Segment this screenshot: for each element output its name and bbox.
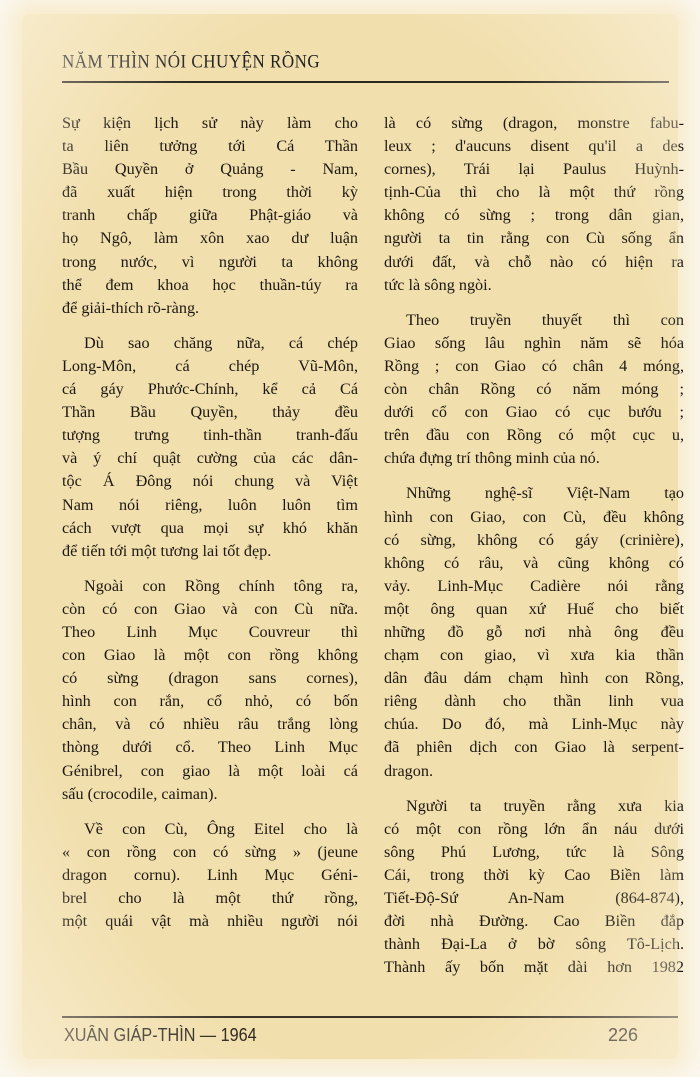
text-line: một ông quan xứ Huế cho biết — [384, 598, 684, 621]
footer-divider — [62, 1016, 678, 1018]
text-line: Rồng ; con Giao có chân 4 móng, — [384, 355, 684, 378]
text-line: là có sừng (dragon, monstre fabu- — [384, 112, 684, 135]
paragraph: Theo truyền thuyết thì conGiao sống lâu … — [384, 309, 684, 471]
text-line: dưới cổ con Giao có cục bướu ; — [384, 401, 684, 424]
paragraph: Ngoài con Rồng chính tông ra,còn có con … — [62, 575, 358, 806]
text-line: « con rồng con có sừng » (jeune — [62, 841, 358, 864]
text-line: cách vượt qua mọi sự khó khăn — [62, 517, 358, 540]
text-line: tranh chấp giữa Phật-giáo và — [62, 204, 358, 227]
text-line: dragon cornu). Linh Mục Géni- — [62, 864, 358, 887]
text-line: Ngoài con Rồng chính tông ra, — [62, 575, 358, 598]
text-line: trên đầu con Rồng có một cục u, — [384, 424, 684, 447]
text-line: tức là sông ngòi. — [384, 274, 684, 297]
text-line: còn có con Giao và con Cù nữa. — [62, 598, 358, 621]
text-line: Bầu Quyền ở Quảng - Nam, — [62, 158, 358, 181]
text-line: đã xuất hiện trong thời kỳ — [62, 181, 358, 204]
text-line: con Giao là một con rồng không — [62, 644, 358, 667]
page-number: 226 — [608, 1025, 638, 1046]
text-line: Sự kiện lịch sử này làm cho — [62, 112, 358, 135]
text-line: Génibrel, con giao là một loài cá — [62, 760, 358, 783]
text-line: riêng dành cho thần linh vua — [384, 690, 684, 713]
text-line: sấu (crocodile, caiman). — [62, 783, 358, 806]
text-line: có một con rồng lớn ẩn náu dưới — [384, 818, 684, 841]
text-line: có sừng, không có gáy (crinière), — [384, 529, 684, 552]
text-line: Giao sống lâu nghìn năm sẽ hóa — [384, 332, 684, 355]
text-line: cá gáy Phước-Chính, kể cả Cá — [62, 378, 358, 401]
header-divider — [62, 81, 669, 83]
text-line: đã phiên dịch con Giao là serpent- — [384, 736, 684, 759]
text-line: một quái vật mà nhiều người nói — [62, 910, 358, 933]
paragraph: Về con Cù, Ông Eitel cho là« con rồng co… — [62, 818, 358, 933]
text-line: chứa đựng trí thông minh của nó. — [384, 447, 684, 470]
text-line: không có sừng ; trong dân gian, — [384, 204, 684, 227]
text-line: trong nước, vì người ta không — [62, 251, 358, 274]
text-line: Về con Cù, Ông Eitel cho là — [62, 818, 358, 841]
text-line: thành Đại-La ở bờ sông Tô-Lịch. — [384, 933, 684, 956]
text-line: tộc Á Đông nói chung và Việt — [62, 470, 358, 493]
text-line: và ý chí quật cường của các dân- — [62, 447, 358, 470]
text-line: những đồ gỗ nơi nhà ông đều — [384, 621, 684, 644]
footer-issue: XUÂN GIÁP-THÌN — 1964 — [64, 1025, 257, 1046]
text-line: Tiết-Độ-Sứ An-Nam (864-874), — [384, 887, 684, 910]
text-line: vảy. Linh-Mục Cadière nói rằng — [384, 575, 684, 598]
text-line: hình con Giao, con Cù, đều không — [384, 506, 684, 529]
text-line: Thần Bầu Quyền, thảy đều — [62, 401, 358, 424]
text-line: hình con rắn, cổ nhỏ, có bốn — [62, 690, 358, 713]
text-line: dân đâu dám chạm hình con Rồng, — [384, 667, 684, 690]
paragraph: Người ta truyền rằng xưa kiacó một con r… — [384, 795, 684, 980]
text-line: Những nghệ-sĩ Việt-Nam tạo — [384, 482, 684, 505]
running-header-title: NĂM THÌN NÓI CHUYỆN RỒNG — [62, 51, 320, 73]
left-column: Sự kiện lịch sử này làm chota liên tưởng… — [62, 112, 358, 945]
text-line: Cái, trong thời kỳ Cao Biền làm — [384, 864, 684, 887]
paragraph: Dù sao chăng nữa, cá chépLong-Môn, cá ch… — [62, 332, 358, 563]
text-line: ta liên tưởng tới Cá Thần — [62, 135, 358, 158]
text-line: tượng trưng tinh-thần tranh-đấu — [62, 424, 358, 447]
text-line: không có râu, và cũng không có — [384, 552, 684, 575]
text-line: người ta tin rằng con Cù sống ẩn — [384, 227, 684, 250]
text-line: dragon. — [384, 760, 684, 783]
text-line: Thành ấy bốn mặt dài hơn 1982 — [384, 956, 684, 979]
text-line: sông Phú Lương, tức là Sông — [384, 841, 684, 864]
text-line: chân, và có nhiều râu trắng lòng — [62, 713, 358, 736]
text-line: Theo truyền thuyết thì con — [384, 309, 684, 332]
text-line: Dù sao chăng nữa, cá chép — [62, 332, 358, 355]
text-line: Long-Môn, cá chép Vũ-Môn, — [62, 355, 358, 378]
paragraph: là có sừng (dragon, monstre fabu-leux ; … — [384, 112, 684, 297]
text-line: Nam nói riêng, luôn luôn tìm — [62, 494, 358, 517]
right-column: là có sừng (dragon, monstre fabu-leux ; … — [384, 112, 684, 991]
text-line: Theo Linh Mục Couvreur thì — [62, 621, 358, 644]
paragraph: Những nghệ-sĩ Việt-Nam tạohình con Giao,… — [384, 482, 684, 782]
text-line: dưới đất, và chỗ nào có hiện ra — [384, 251, 684, 274]
text-line: để tiến tới một tương lai tốt đẹp. — [62, 540, 358, 563]
magazine-page: NĂM THÌN NÓI CHUYỆN RỒNG Sự kiện lịch sử… — [22, 14, 678, 1059]
text-line: leux ; d'aucuns disent qu'il a des — [384, 135, 684, 158]
text-line: chúa. Do đó, mà Linh-Mục này — [384, 713, 684, 736]
text-line: họ Ngô, làm xôn xao dư luận — [62, 227, 358, 250]
text-line: cornes), Trái lại Paulus Huỳnh- — [384, 158, 684, 181]
text-line: brel cho là một thứ rồng, — [62, 887, 358, 910]
text-line: thể đem khoa học thuần-túy ra — [62, 274, 358, 297]
text-line: tịnh-Của thì cho là một thứ rồng — [384, 181, 684, 204]
text-line: để giải-thích rõ-ràng. — [62, 297, 358, 320]
text-line: chạm con giao, vì xưa kia thần — [384, 644, 684, 667]
text-line: đời nhà Đường. Cao Biền đắp — [384, 910, 684, 933]
text-line: có sừng (dragon sans cornes), — [62, 667, 358, 690]
paragraph: Sự kiện lịch sử này làm chota liên tưởng… — [62, 112, 358, 320]
text-line: Người ta truyền rằng xưa kia — [384, 795, 684, 818]
text-line: thòng dưới cổ. Theo Linh Mục — [62, 736, 358, 759]
text-line: còn chân Rồng có năm móng ; — [384, 378, 684, 401]
